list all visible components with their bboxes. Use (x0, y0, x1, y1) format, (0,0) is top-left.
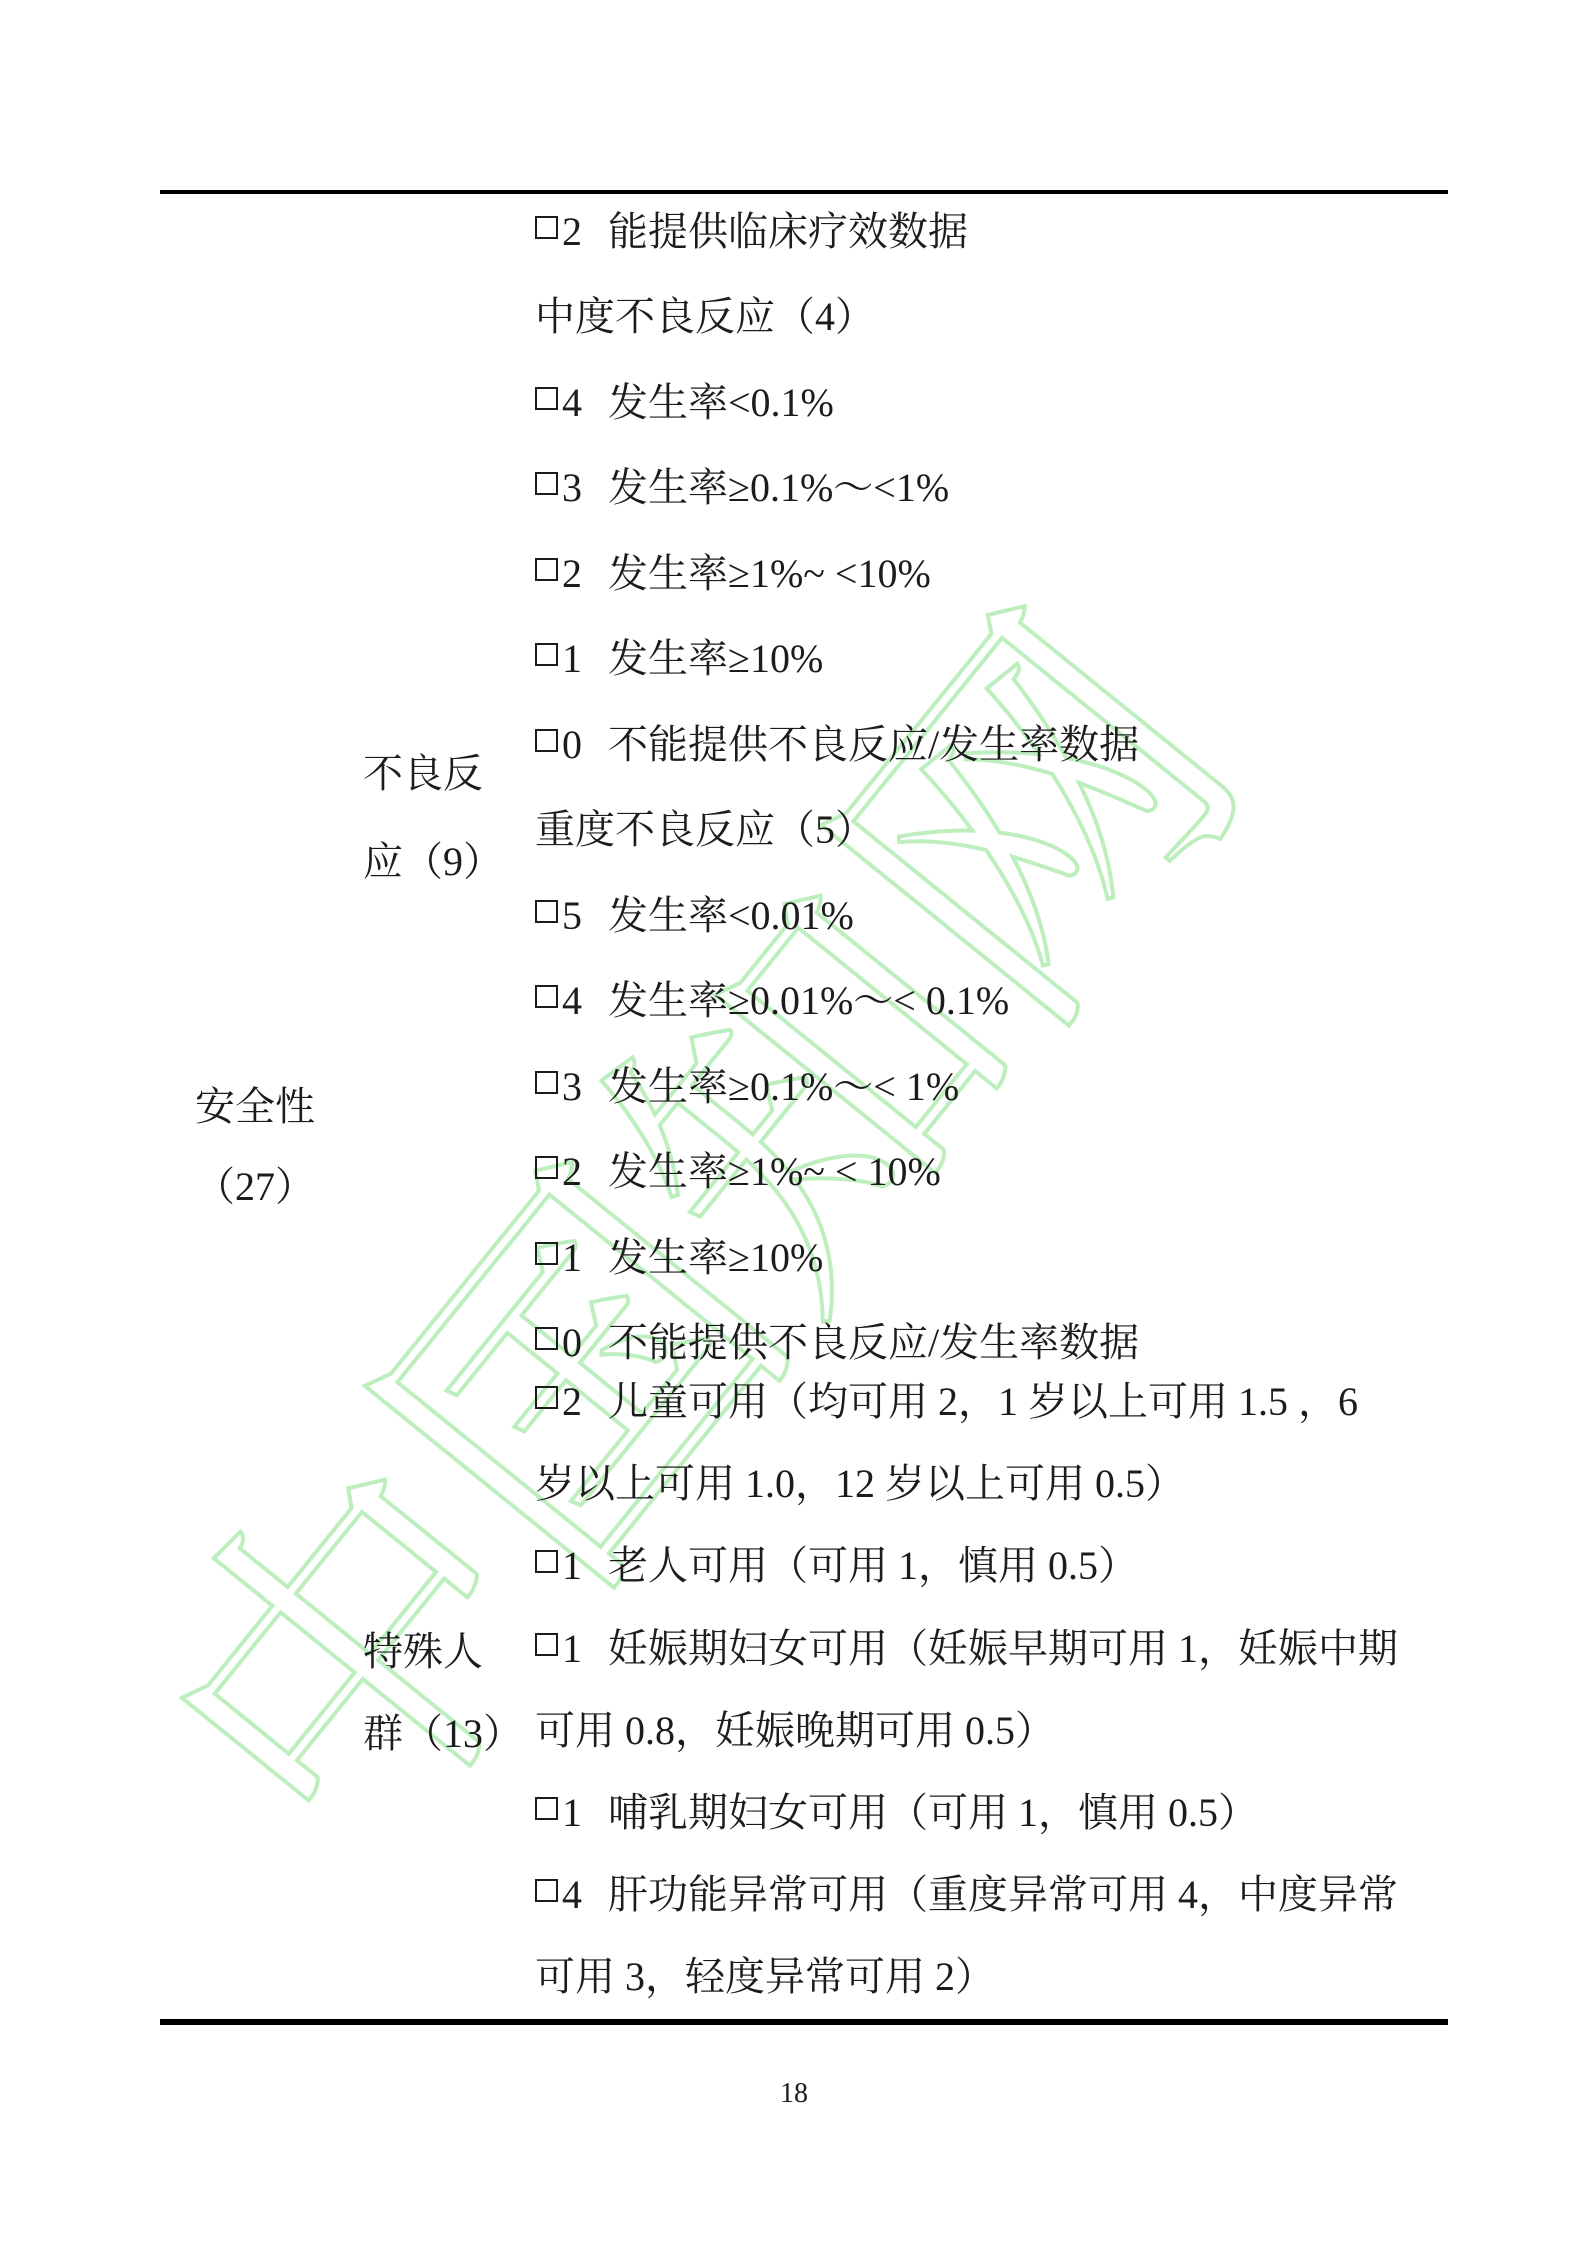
option-score: 5 (562, 893, 582, 938)
subcategory-adverse-line1: 不良反 (363, 751, 483, 797)
option-score: 2 (562, 1379, 582, 1424)
option-text: 发生率≥0.1%～<1% (608, 465, 949, 510)
option-text: 发生率≥0.1%～< 1% (608, 1064, 959, 1109)
option-text: 重度不良反应（5） (535, 807, 875, 852)
option-text: 发生率≥10% (608, 636, 823, 681)
subcategory-special-line1: 特殊人 (363, 1629, 483, 1675)
option-score: 2 (562, 551, 582, 596)
option-text: 老人可用（可用 1，慎用 0.5） (608, 1543, 1138, 1588)
option-row: 4发生率<0.1% (535, 380, 834, 426)
checkbox-icon (535, 1797, 558, 1820)
option-text: 肝功能异常可用（重度异常可用 4，中度异常 (608, 1872, 1398, 1917)
option-continuation: 可用 3，轻度异常可用 2） (535, 1954, 995, 2000)
checkbox-icon (535, 985, 558, 1008)
option-score: 0 (562, 722, 582, 767)
option-score: 1 (562, 1543, 582, 1588)
option-row: 2发生率≥1%~ <10% (535, 551, 931, 597)
checkbox-icon (535, 558, 558, 581)
category-label-line1: 安全性 (130, 1084, 380, 1130)
subcategory-adverse-line2: 应（9） (363, 839, 503, 885)
checkbox-icon (535, 472, 558, 495)
option-score: 4 (562, 380, 582, 425)
option-text: 发生率≥1%~ <10% (608, 551, 931, 596)
option-score: 1 (562, 1626, 582, 1671)
option-score: 1 (562, 1790, 582, 1835)
option-text: 发生率<0.1% (608, 380, 834, 425)
option-row: 0不能提供不良反应/发生率数据 (535, 722, 1139, 768)
option-text: 可用 3，轻度异常可用 2） (535, 1954, 995, 1999)
option-text: 可用 0.8，妊娠晚期可用 0.5） (535, 1708, 1055, 1753)
checkbox-icon (535, 643, 558, 666)
checkbox-icon (535, 1156, 558, 1179)
option-score: 4 (562, 978, 582, 1023)
option-row: 1妊娠期妇女可用（妊娠早期可用 1，妊娠中期 (535, 1626, 1398, 1672)
option-text: 发生率≥10% (608, 1235, 823, 1280)
checkbox-icon (535, 900, 558, 923)
option-continuation: 岁以上可用 1.0，12 岁以上可用 0.5） (535, 1461, 1185, 1507)
checkbox-icon (535, 1386, 558, 1409)
checkbox-icon (535, 387, 558, 410)
option-row: 5发生率<0.01% (535, 893, 854, 939)
checkbox-icon (535, 1071, 558, 1094)
checkbox-icon (535, 1327, 558, 1350)
checkbox-icon (535, 216, 558, 239)
option-text: 不能提供不良反应/发生率数据 (608, 722, 1139, 767)
option-row: 1发生率≥10% (535, 1235, 823, 1281)
checkbox-icon (535, 1633, 558, 1656)
option-text: 哺乳期妇女可用（可用 1，慎用 0.5） (608, 1790, 1258, 1835)
option-row: 3发生率≥0.1%～< 1% (535, 1064, 959, 1110)
option-row: 4发生率≥0.01%～< 0.1% (535, 978, 1009, 1024)
option-text: 发生率≥1%~ < 10% (608, 1149, 941, 1194)
option-text: 妊娠期妇女可用（妊娠早期可用 1，妊娠中期 (608, 1626, 1398, 1671)
option-text: 发生率<0.01% (608, 893, 854, 938)
checkbox-icon (535, 1879, 558, 1902)
option-text: 儿童可用（均可用 2，1 岁以上可用 1.5 ，6 (608, 1379, 1358, 1424)
option-text: 能提供临床疗效数据 (608, 209, 968, 254)
option-row: 3发生率≥0.1%～<1% (535, 465, 949, 511)
document-page: 中国知网 安全性 （27） 不良反 应（9） 特殊人 群（13） 2能提供临床疗… (0, 0, 1588, 2245)
checkbox-icon (535, 1550, 558, 1573)
subcategory-special-line2: 群（13） (363, 1711, 523, 1757)
option-score: 4 (562, 1872, 582, 1917)
option-subheading: 重度不良反应（5） (535, 807, 875, 853)
option-row: 1发生率≥10% (535, 636, 823, 682)
option-subheading: 中度不良反应（4） (535, 294, 875, 340)
table-bottom-rule (160, 2019, 1448, 2025)
option-score: 3 (562, 1064, 582, 1109)
category-label-line2: （27） (130, 1164, 380, 1210)
option-row: 2儿童可用（均可用 2，1 岁以上可用 1.5 ，6 (535, 1379, 1358, 1425)
option-score: 1 (562, 636, 582, 681)
checkbox-icon (535, 729, 558, 752)
checkbox-icon (535, 1242, 558, 1265)
option-score: 0 (562, 1320, 582, 1365)
option-row: 2发生率≥1%~ < 10% (535, 1149, 941, 1195)
option-continuation: 可用 0.8，妊娠晚期可用 0.5） (535, 1708, 1055, 1754)
option-text: 不能提供不良反应/发生率数据 (608, 1320, 1139, 1365)
option-score: 3 (562, 465, 582, 510)
option-text: 中度不良反应（4） (535, 294, 875, 339)
option-score: 1 (562, 1235, 582, 1280)
option-row: 4肝功能异常可用（重度异常可用 4，中度异常 (535, 1872, 1398, 1918)
page-number: 18 (0, 2078, 1588, 2110)
option-row: 0不能提供不良反应/发生率数据 (535, 1320, 1139, 1366)
option-score: 2 (562, 209, 582, 254)
table-top-rule (160, 190, 1448, 194)
option-text: 发生率≥0.01%～< 0.1% (608, 978, 1009, 1023)
option-row: 2能提供临床疗效数据 (535, 209, 968, 255)
option-row: 1哺乳期妇女可用（可用 1，慎用 0.5） (535, 1790, 1258, 1836)
option-text: 岁以上可用 1.0，12 岁以上可用 0.5） (535, 1461, 1185, 1506)
option-row: 1老人可用（可用 1，慎用 0.5） (535, 1543, 1138, 1589)
option-score: 2 (562, 1149, 582, 1194)
